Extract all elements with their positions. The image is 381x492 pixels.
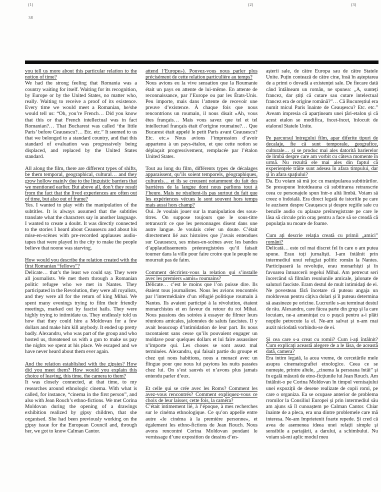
columns: you tell us more about this particular r… xyxy=(25,69,379,441)
answer-paragraph: Da. Eu voiam să mă joc cu manipularea su… xyxy=(266,178,378,227)
question-paragraph: How would you describe the relation crea… xyxy=(25,258,137,270)
question-paragraph: Și cea care s-a creat cu romii? Cum i-aț… xyxy=(266,337,378,355)
answer-paragraph: Delicată… este cel mai discret fel în ca… xyxy=(266,245,378,330)
answer-paragraph: Delicate… that’s the least we could say.… xyxy=(25,270,137,355)
question-paragraph: attend l’Europe»). Pouvez-vous nous parl… xyxy=(146,69,258,81)
question-paragraph: Tout au long du film, différents types d… xyxy=(146,166,258,209)
question-paragraph: Comment décririez-vous la relation qui s… xyxy=(146,270,258,282)
answer-paragraph: We had the strong feeling that Romania w… xyxy=(25,81,137,160)
answer-paragraph: Yes. I wanted to play with the manipulat… xyxy=(25,203,137,252)
answer-paragraph: așterii sale, de către Europa sau de căt… xyxy=(266,69,378,130)
column-ref-marker-center: (2) xyxy=(248,3,253,8)
document-page: (1) 38 (2) (3) you tell us more about th… xyxy=(0,0,381,492)
column-ref-marker-left: (1) xyxy=(28,3,33,8)
question-paragraph: Et celle qui se crée avec les Roms? Comm… xyxy=(146,386,258,404)
column-ref-marker-right: (3) xyxy=(351,3,356,8)
question-paragraph: And the relation established with the gi… xyxy=(25,361,137,379)
page-sheet: (1) 38 (2) (3) you tell us more about th… xyxy=(0,0,381,492)
question-paragraph: All along the film, there are different … xyxy=(25,166,137,203)
question-paragraph: Pe parcursul întregului film, apar difer… xyxy=(266,136,378,179)
section-divider-rule xyxy=(25,61,379,65)
answer-paragraph: It was closely connected, at that time, … xyxy=(25,380,137,435)
answer-paragraph: Délicate… c’est le moins que l’on puisse… xyxy=(146,282,258,380)
answer-paragraph: Oui. Je voulais jouer sur la manipulatio… xyxy=(146,209,258,264)
interview-column-en: you tell us more about this particular r… xyxy=(25,69,137,441)
answer-paragraph: Nous avions eu la vive sensation que la … xyxy=(146,81,258,160)
question-paragraph: you tell us more about this particular r… xyxy=(25,69,137,81)
answer-paragraph: Era intim legată, la acea vreme, de cerc… xyxy=(266,355,378,440)
question-paragraph: Cum ați descrie relația creată cu primii… xyxy=(266,233,378,245)
interview-column-fr: attend l’Europe»). Pouvez-vous nous parl… xyxy=(146,69,258,441)
interview-column-ro: așterii sale, de către Europa sau de căt… xyxy=(266,69,378,441)
page-number: 38 xyxy=(29,16,34,21)
answer-paragraph: C’était intimement lié, à l’époque, à me… xyxy=(146,404,258,441)
